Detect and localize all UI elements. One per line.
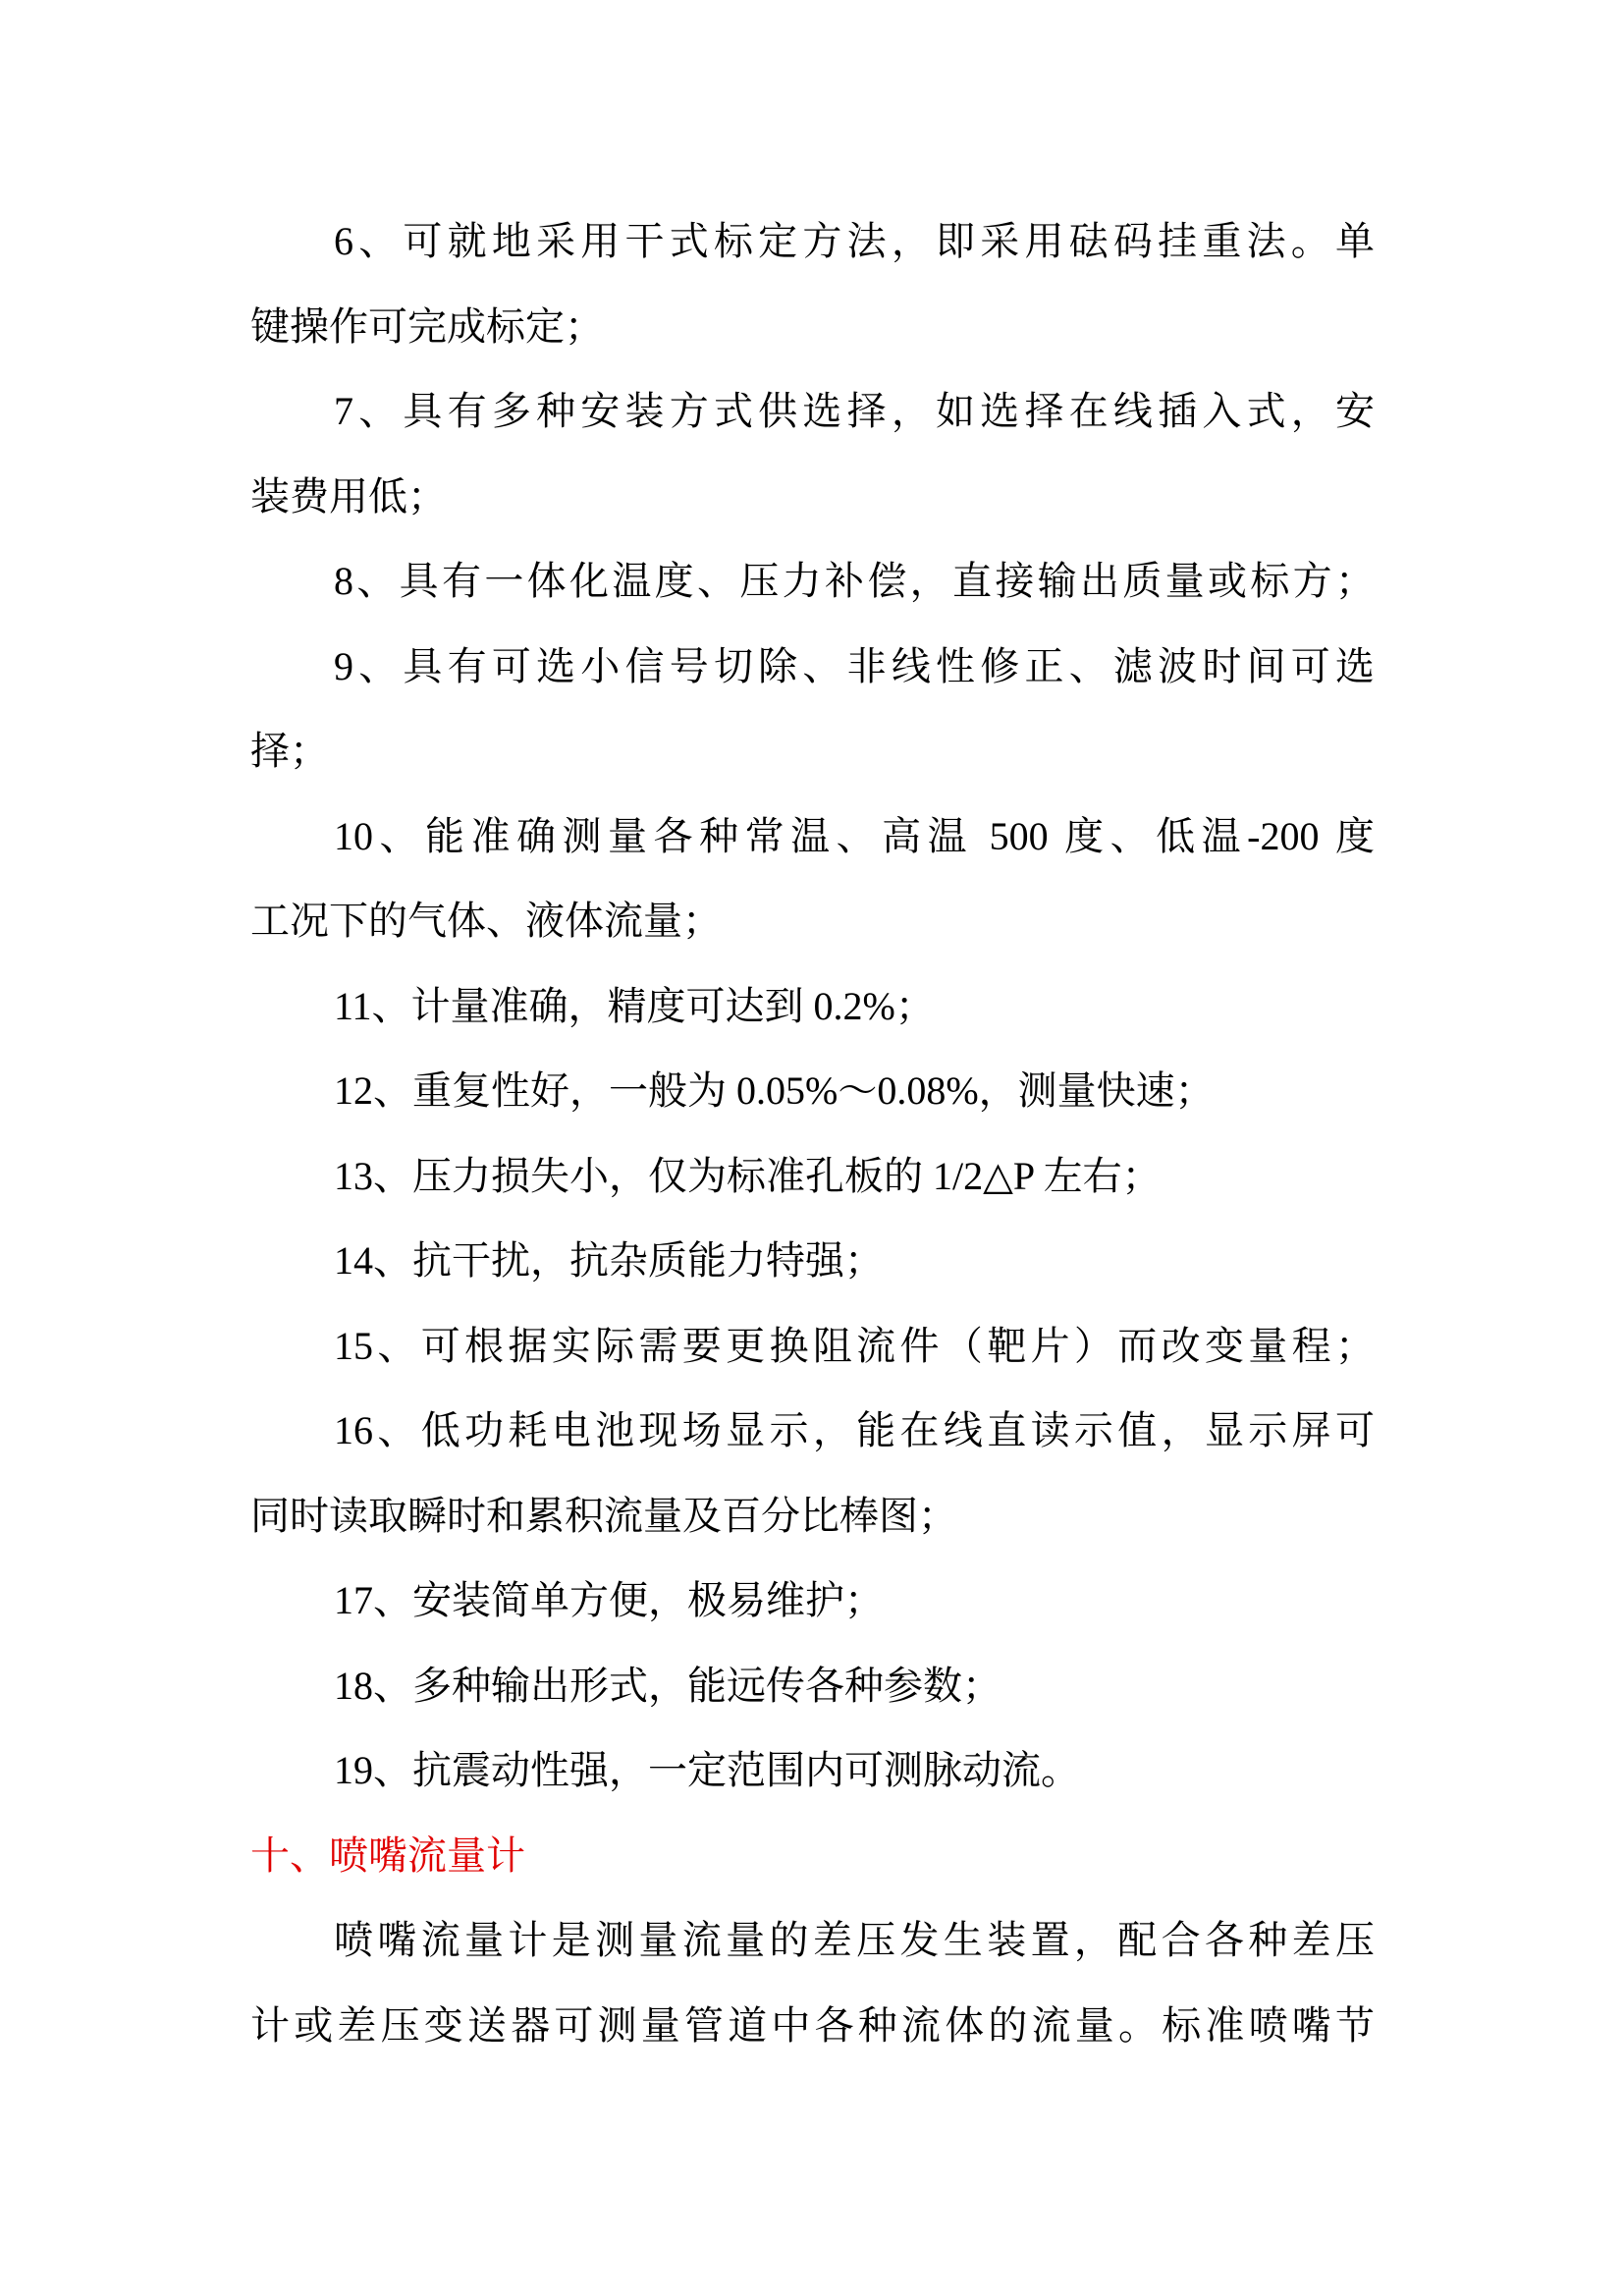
list-item-12: 12、重复性好，一般为 0.05%～0.08%，测量快速；: [334, 1049, 1375, 1133]
list-item-16-line-1: 16、低功耗电池现场显示，能在线直读示值，显示屏可: [334, 1389, 1375, 1473]
list-item-10-line-1: 10、能准确测量各种常温、高温 500 度、低温-200 度: [334, 794, 1375, 879]
section-paragraph-line-1: 喷嘴流量计是测量流量的差压发生装置，配合各种差压: [334, 1898, 1375, 1983]
list-item-9-line-1: 9、具有可选小信号切除、非线性修正、滤波时间可选: [334, 625, 1375, 709]
list-item-17: 17、安装简单方便，极易维护；: [334, 1558, 1375, 1643]
list-item-7-line-2: 装费用低；: [250, 455, 1375, 539]
list-item-14: 14、抗干扰，抗杂质能力特强；: [334, 1219, 1375, 1303]
list-item-9-line-2: 择；: [250, 709, 1375, 793]
list-item-8: 8、具有一体化温度、压力补偿，直接输出质量或标方；: [334, 539, 1375, 624]
list-item-18: 18、多种输出形式，能远传各种参数；: [334, 1644, 1375, 1728]
list-item-15: 15、可根据实际需要更换阻流件（靶片）而改变量程；: [334, 1304, 1375, 1389]
list-item-19: 19、抗震动性强，一定范围内可测脉动流。: [334, 1728, 1375, 1813]
section-heading: 十、喷嘴流量计: [250, 1814, 1375, 1898]
list-item-16-line-2: 同时读取瞬时和累积流量及百分比棒图；: [250, 1474, 1375, 1558]
list-item-11: 11、计量准确，精度可达到 0.2%；: [334, 964, 1375, 1049]
document-page: 6、可就地采用干式标定方法，即采用砝码挂重法。单 键操作可完成标定； 7、具有多…: [0, 0, 1623, 2296]
list-item-13: 13、压力损失小，仅为标准孔板的 1/2△P 左右；: [334, 1134, 1375, 1219]
list-item-6-line-1: 6、可就地采用干式标定方法，即采用砝码挂重法。单: [334, 199, 1375, 284]
list-item-10-line-2: 工况下的气体、液体流量；: [250, 879, 1375, 963]
list-item-7-line-1: 7、具有多种安装方式供选择，如选择在线插入式，安: [334, 369, 1375, 454]
list-item-6-line-2: 键操作可完成标定；: [250, 285, 1375, 369]
section-paragraph-line-2: 计或差压变送器可测量管道中各种流体的流量。标准喷嘴节: [250, 1984, 1375, 2068]
